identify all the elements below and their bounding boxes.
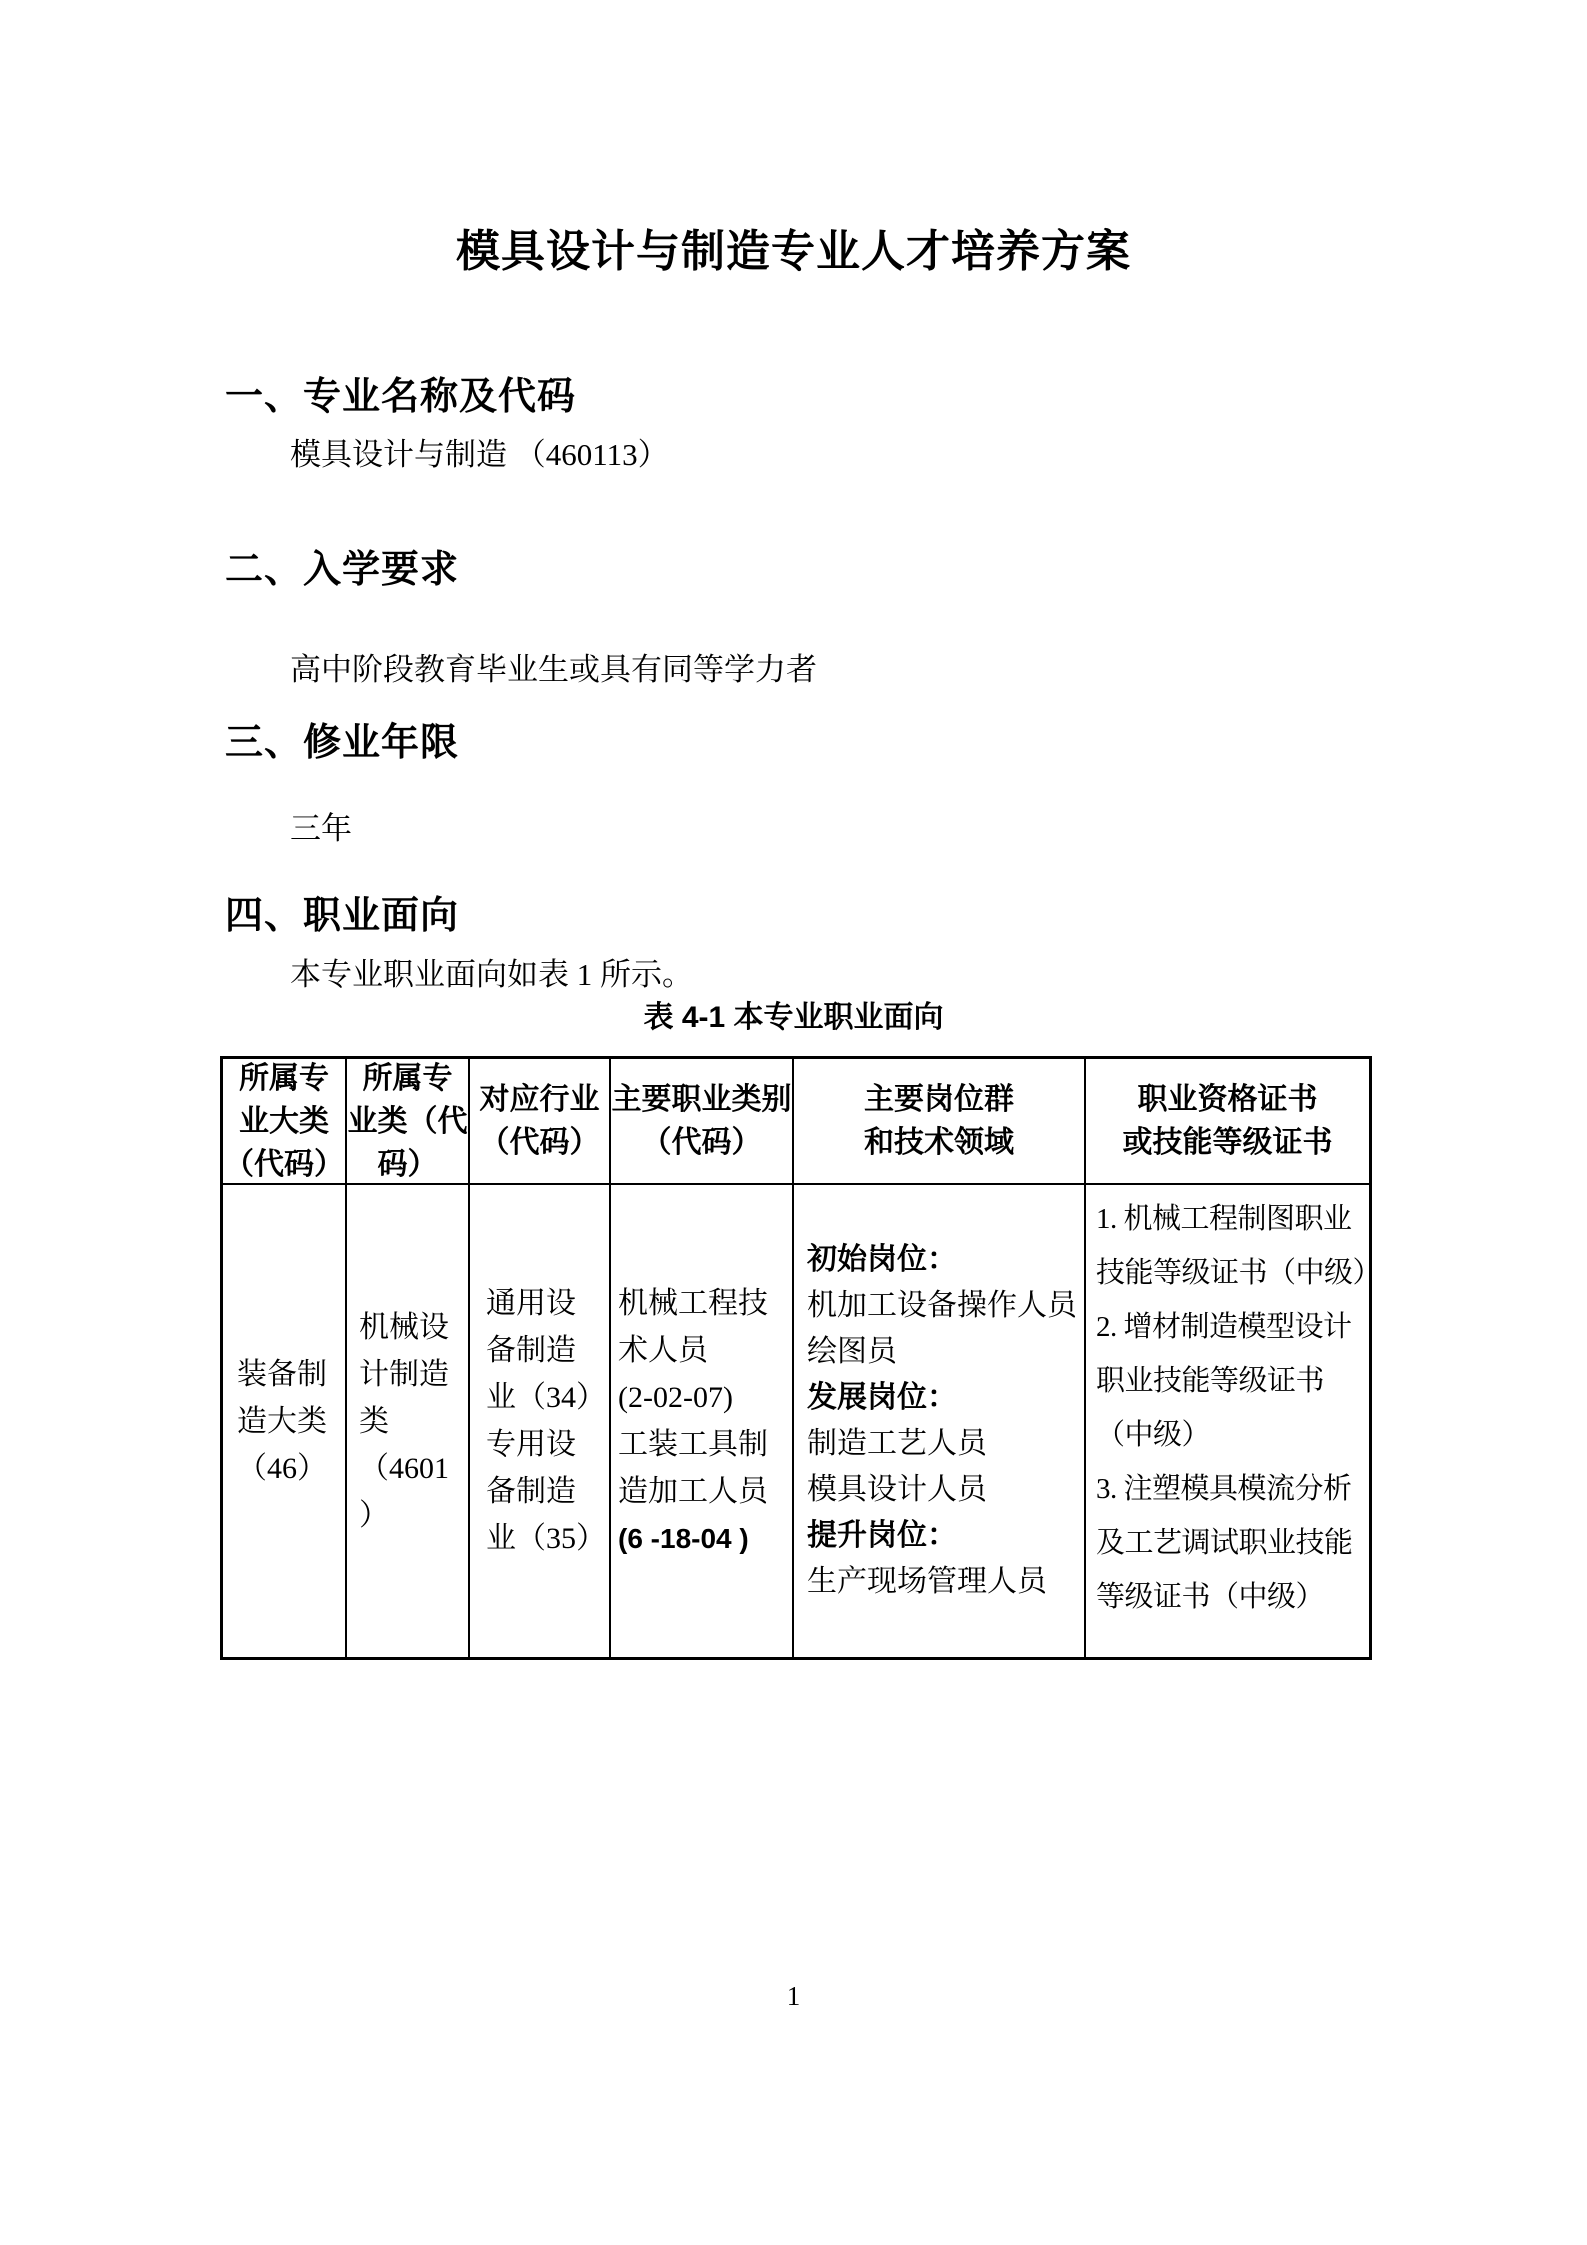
- header-cell-post-group: 主要岗位群和技术领域: [792, 1059, 1084, 1185]
- cell-line: 机械工程技: [618, 1280, 768, 1327]
- cell-line: 3. 注塑模具模流分析: [1096, 1462, 1352, 1516]
- cell-line: 对应行业: [480, 1078, 600, 1121]
- body-cell-certificates: 1. 机械工程制图职业技能等级证书（中级）2. 增材制造模型设计职业技能等级证书…: [1084, 1185, 1369, 1657]
- body-cell-major-category: 装备制造大类（46）: [223, 1185, 345, 1657]
- cell-line: 码）: [378, 1143, 438, 1186]
- cell-line: （46）: [237, 1445, 327, 1492]
- body-cell-industry: 通用设备制造业（34）专用设备制造业（35）: [468, 1185, 609, 1657]
- section-heading-4: 四、职业面向: [225, 893, 459, 939]
- header-cell-major-class: 所属专业类（代码）: [345, 1059, 468, 1185]
- section-body-4: 本专业职业面向如表 1 所示。: [290, 956, 693, 994]
- cell-line: 2. 增材制造模型设计: [1096, 1300, 1352, 1354]
- cell-line: 业大类: [239, 1100, 329, 1143]
- section-heading-2: 二、入学要求: [225, 547, 459, 593]
- cell-line: 业（35）: [486, 1515, 606, 1562]
- cell-line: 技能等级证书（中级）: [1096, 1246, 1369, 1300]
- cell-line: 机加工设备操作人员: [807, 1283, 1077, 1329]
- cell-line: 备制造: [486, 1468, 576, 1515]
- table-header-row: 所属专业大类（代码） 所属专业类（代码） 对应行业（代码） 主要职业类别（代码）…: [223, 1059, 1369, 1185]
- cell-line: 计制造: [359, 1351, 449, 1398]
- cell-line: 造加工人员: [618, 1468, 768, 1515]
- section-heading-1: 一、专业名称及代码: [225, 374, 576, 420]
- header-cell-occupation-type: 主要职业类别（代码）: [609, 1059, 792, 1185]
- cell-line: 提升岗位：: [807, 1513, 957, 1559]
- header-cell-certificates: 职业资格证书或技能等级证书: [1084, 1059, 1369, 1185]
- cell-line: （中级）: [1096, 1408, 1210, 1462]
- cell-line: 职业技能等级证书: [1096, 1354, 1324, 1408]
- cell-line: 生产现场管理人员: [807, 1559, 1047, 1605]
- cell-line: 工装工具制: [618, 1421, 768, 1468]
- cell-line: 主要职业类别: [612, 1078, 792, 1121]
- cell-line: 装备制: [237, 1351, 327, 1398]
- cell-line: 等级证书（中级）: [1096, 1570, 1324, 1624]
- section-body-3: 三年: [290, 810, 352, 848]
- cell-line: 业类（代: [348, 1100, 468, 1143]
- cell-line: 及工艺调试职业技能: [1096, 1516, 1353, 1570]
- cell-line: 主要岗位群: [864, 1078, 1014, 1121]
- cell-line: 制造工艺人员: [807, 1421, 987, 1467]
- body-cell-post-group: 初始岗位：机加工设备操作人员绘图员发展岗位：制造工艺人员模具设计人员提升岗位：生…: [792, 1185, 1084, 1657]
- document-title: 模具设计与制造专业人才培养方案: [0, 228, 1587, 276]
- header-cell-major-category: 所属专业大类（代码）: [223, 1059, 345, 1185]
- cell-line: 所属专: [239, 1059, 329, 1100]
- cell-line: 模具设计人员: [807, 1467, 987, 1513]
- document-page: 模具设计与制造专业人才培养方案 一、专业名称及代码 模具设计与制造 （46011…: [0, 0, 1587, 2245]
- cell-line: （代码）: [224, 1143, 344, 1186]
- cell-line: (2-02-07): [618, 1374, 733, 1421]
- table-caption: 表 4-1 本专业职业面向: [0, 1000, 1587, 1036]
- section-heading-3: 三、修业年限: [225, 720, 459, 766]
- cell-line: (6 -18-04 ): [618, 1515, 749, 1562]
- cell-line: 专用设: [486, 1421, 576, 1468]
- cell-line: 业（34）: [486, 1374, 606, 1421]
- cell-line: 和技术领域: [864, 1121, 1014, 1164]
- header-cell-industry: 对应行业（代码）: [468, 1059, 609, 1185]
- cell-line: 类: [359, 1398, 389, 1445]
- cell-line: 职业资格证书: [1138, 1078, 1318, 1121]
- cell-line: 备制造: [486, 1327, 576, 1374]
- body-cell-major-class: 机械设计制造类（4601）: [345, 1185, 468, 1657]
- body-cell-occupation-type: 机械工程技术人员(2-02-07)工装工具制造加工人员(6 -18-04 ): [609, 1185, 792, 1657]
- cell-line: 发展岗位：: [807, 1375, 957, 1421]
- cell-line: 造大类: [237, 1398, 327, 1445]
- cell-line: （代码）: [642, 1121, 762, 1164]
- page-number: 1: [0, 1980, 1587, 2012]
- career-orientation-table: 所属专业大类（代码） 所属专业类（代码） 对应行业（代码） 主要职业类别（代码）…: [220, 1056, 1372, 1660]
- cell-line: 绘图员: [807, 1329, 897, 1375]
- cell-line: 1. 机械工程制图职业: [1096, 1192, 1352, 1246]
- cell-line: （代码）: [480, 1121, 600, 1164]
- table-body-row: 装备制造大类（46） 机械设计制造类（4601） 通用设备制造业（34）专用设备…: [223, 1185, 1369, 1657]
- cell-line: （4601: [359, 1445, 449, 1492]
- section-body-1: 模具设计与制造 （460113）: [290, 436, 669, 474]
- cell-line: 或技能等级证书: [1123, 1121, 1333, 1164]
- cell-line: 通用设: [486, 1280, 576, 1327]
- cell-line: 术人员: [618, 1327, 708, 1374]
- section-body-2: 高中阶段教育毕业生或具有同等学力者: [290, 651, 817, 689]
- cell-line: 机械设: [359, 1304, 449, 1351]
- cell-line: ）: [359, 1492, 389, 1539]
- cell-line: 初始岗位：: [807, 1237, 957, 1283]
- cell-line: 所属专: [363, 1059, 453, 1100]
